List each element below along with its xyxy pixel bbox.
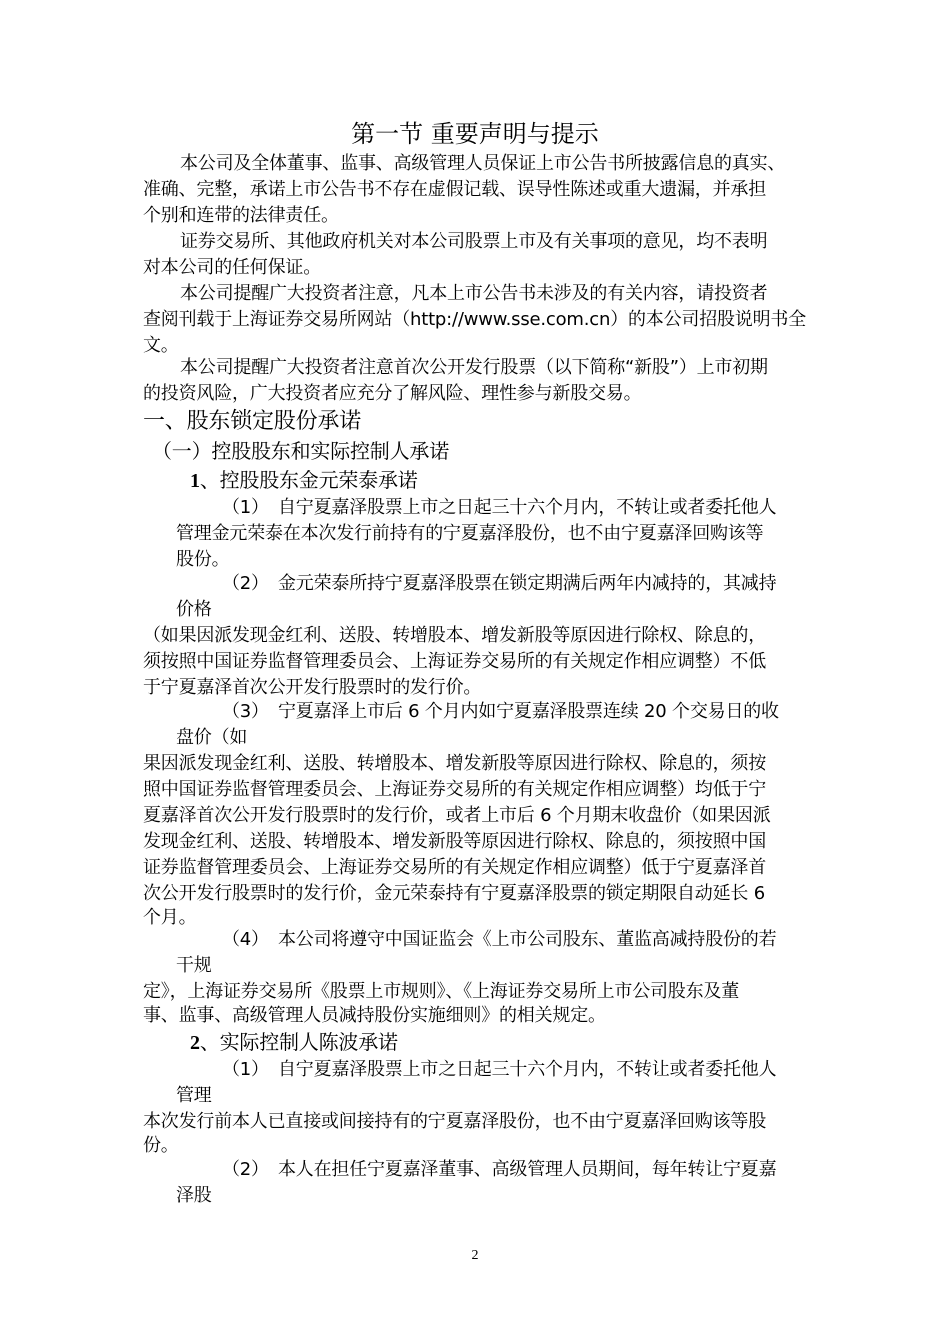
paragraph-line: 的投资风险，广大投资者应充分了解风险、理性参与新股交易。 [143,382,641,406]
item-line: 次公开发行股票时的发行价，金元荣泰持有宁夏嘉泽股票的锁定期限自动延长 6 [143,882,765,906]
paragraph-line: 证券交易所、其他政府机关对本公司股票上市及有关事项的意见，均不表明 [180,230,767,254]
item-line: 宁夏嘉泽上市后 6 个月内如宁夏嘉泽股票连续 20 个交易日的收 [278,700,779,724]
heading-text: 、控股股东金元荣泰承诺 [200,468,418,492]
item-line: 泽股 [176,1184,212,1208]
paragraph-line: 文。 [143,334,179,358]
item-label: （4） [222,928,269,952]
item-line: 金元荣泰所持宁夏嘉泽股票在锁定期满后两年内减持的，其减持 [278,572,776,596]
item-line: 本人在担任宁夏嘉泽董事、高级管理人员期间，每年转让宁夏嘉 [278,1158,776,1182]
item-line: 自宁夏嘉泽股票上市之日起三十六个月内，不转让或者委托他人 [278,1058,776,1082]
item-label: （2） [222,1158,269,1182]
item-line: 夏嘉泽首次公开发行股票时的发行价，或者上市后 6 个月期末收盘价（如果因派 [143,804,771,828]
item-line: 定》，上海证券交易所《股票上市规则》、《上海证券交易所上市公司股东及董 [143,980,739,1004]
item-line: 个月。 [143,906,196,930]
paragraph-line: 本公司提醒广大投资者注意，凡本上市公告书未涉及的有关内容，请投资者 [180,282,767,306]
heading-level-1: 一、股东锁定股份承诺 [143,408,361,436]
paragraph-line: 个别和连带的法律责任。 [143,204,339,228]
item-line: 本次发行前本人已直接或间接持有的宁夏嘉泽股份，也不由宁夏嘉泽回购该等股 [143,1110,766,1134]
heading-text: 、实际控制人陈波承诺 [200,1030,398,1054]
item-line: 干规 [176,954,212,978]
page-number: 2 [0,1248,950,1264]
item-line: 管理金元荣泰在本次发行前持有的宁夏嘉泽股份，也不由宁夏嘉泽回购该等 [176,522,763,546]
item-line: 于宁夏嘉泽首次公开发行股票时的发行价。 [143,676,481,700]
item-label: （1） [222,496,269,520]
paragraph-line: 本公司提醒广大投资者注意首次公开发行股票（以下简称“新股”）上市初期 [180,356,768,380]
document-page: 第一节 重要声明与提示 本公司及全体董事、监事、高级管理人员保证上市公告书所披露… [0,0,950,1344]
item-line: 价格 [176,598,212,622]
item-label: （3） [222,700,269,724]
heading-level-3: 2、实际控制人陈波承诺 [190,1029,398,1056]
paragraph-line: 对本公司的任何保证。 [143,256,321,280]
item-line: 盘价（如 [176,726,247,750]
item-label: （2） [222,572,269,596]
item-line: 管理 [176,1084,212,1108]
item-line: 照中国证券监督管理委员会、上海证券交易所的有关规定作相应调整）均低于宁 [143,778,766,802]
section-title: 第一节 重要声明与提示 [0,118,950,150]
heading-number: 2 [190,1032,200,1054]
item-line: 份。 [143,1134,179,1158]
item-line: 证券监督管理委员会、上海证券交易所的有关规定作相应调整）低于宁夏嘉泽首 [143,856,766,880]
item-line: 须按照中国证券监督管理委员会、上海证券交易所的有关规定作相应调整）不低 [143,650,766,674]
item-line: 本公司将遵守中国证监会《上市公司股东、董监高减持股份的若 [278,928,776,952]
item-line: 果因派发现金红利、送股、转增股本、增发新股等原因进行除权、除息的，须按 [143,752,766,776]
item-line: 事、监事、高级管理人员减持股份实施细则》的相关规定。 [143,1004,606,1028]
paragraph-line: 本公司及全体董事、监事、高级管理人员保证上市公告书所披露信息的真实、 [180,152,785,176]
heading-level-2: （一）控股股东和实际控制人承诺 [152,438,449,464]
paragraph-line-with-link: 查阅刊载于上海证券交易所网站（http://www.sse.com.cn）的本公… [143,308,806,332]
paragraph-line: 准确、完整，承诺上市公告书不存在虚假记载、误导性陈述或重大遗漏，并承担 [143,178,766,202]
heading-number: 1 [190,470,200,492]
heading-level-3: 1、控股股东金元荣泰承诺 [190,467,418,494]
item-line: 股份。 [176,548,229,572]
item-line: （如果因派发现金红利、送股、转增股本、增发新股等原因进行除权、除息的， [143,624,766,648]
item-line: 发现金红利、送股、转增股本、增发新股等原因进行除权、除息的，须按照中国 [143,830,766,854]
item-label: （1） [222,1058,269,1082]
item-line: 自宁夏嘉泽股票上市之日起三十六个月内，不转让或者委托他人 [278,496,776,520]
